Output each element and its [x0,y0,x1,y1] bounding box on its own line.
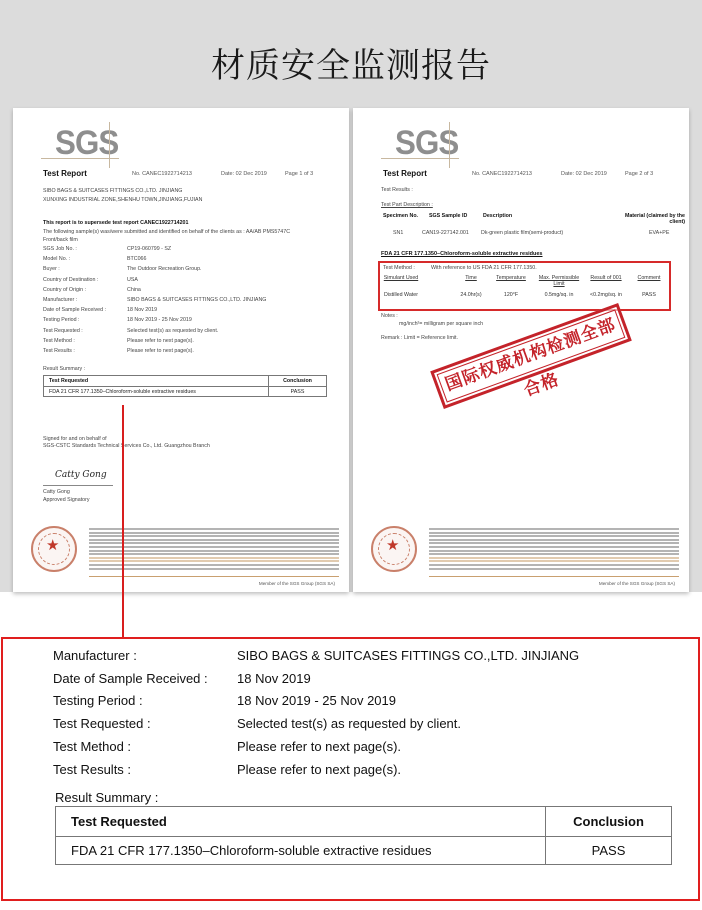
signed-line-1: Signed for and on behalf of [43,436,107,442]
results-header-cell: Time [456,275,486,281]
field-row: SGS Job No. :CP19-060799 - SZ [43,246,343,255]
page-title: 材质安全监测报告 [0,38,702,87]
report-page-1: SGS Test Report No. CANEC1922714213 Date… [13,108,349,592]
member-text: Member of the SGS Group (SGS SA) [259,581,335,586]
results-header-cell: Result of 001 [584,275,628,281]
field-row: Date of Sample Received :18 Nov 2019 [43,307,343,316]
results-value-cell: PASS [637,292,661,298]
results-header-cell: Simulant Used [371,275,431,281]
footer-legal-text [429,528,679,571]
result-summary-table: Test Requested Conclusion FDA 21 CFR 177… [43,375,327,397]
seal-icon: ★ [31,526,77,572]
field-row: Testing Period :18 Nov 2019 - 25 Nov 201… [53,693,673,715]
zoom-callout: Manufacturer :SIBO BAGS & SUITCASES FITT… [1,637,700,901]
results-value-cell: <0.2mg/sq. in [584,292,628,298]
footer-divider [89,576,339,577]
callout-connector-line [122,405,124,638]
sgs-logo: SGS [381,122,463,162]
client-name: SIBO BAGS & SUITCASES FITTINGS CO.,LTD. … [43,188,182,194]
field-row: Test Requested :Selected test(s) as requ… [53,716,673,738]
signatory-name: Catty Gong [43,489,70,495]
result-summary-label: Result Summary : [55,790,158,805]
signatory-title: Approved Signatory [43,497,90,503]
results-header-cell: Max. Permissible Limit [534,275,584,287]
field-row: Test Method :Please refer to next page(s… [43,338,343,347]
test-part-label: Test Part Description : [381,202,433,208]
field-row: Buyer :The Outdoor Recreation Group. [43,266,343,275]
results-value-cell: 24.0hr(s) [456,292,486,298]
field-row: Test Requested :Selected test(s) as requ… [43,328,343,337]
field-row: Model No. :BTC066 [43,256,343,265]
report-header: Test Report No. CANEC1922714213 Date: 02… [383,171,683,183]
notes-text: mg/inch²= milligram per square inch [399,321,483,327]
supersede-note: This report is to supersede test report … [43,220,188,226]
intro-line-1: The following sample(s) was/were submitt… [43,229,290,235]
field-row: Test Results :Please refer to next page(… [53,762,673,784]
test-method-value: With reference to US FDA 21 CFR 177.1350… [431,265,537,271]
client-address: XUNXING INDUSTRIAL ZONE,SHENHU TOWN,JINJ… [43,197,202,203]
certification-stamp: 国际权威机构检测全部合格 [430,303,632,409]
footer-legal-text [89,528,339,571]
footer-divider [429,576,679,577]
sgs-logo: SGS [41,122,123,162]
result-summary-label: Result Summary : [43,366,85,372]
notes-label: Notes : [381,313,398,319]
remark: Remark : Limit = Reference limit. [381,335,458,341]
fda-test-title: FDA 21 CFR 177.1350–Chloroform-soluble e… [381,251,543,257]
results-value-cell: 0.5mg/sq. in [534,292,584,298]
test-method-label: Test Method : [383,265,415,271]
result-summary-table: Test Requested Conclusion FDA 21 CFR 177… [55,806,672,865]
seal-icon: ★ [371,526,417,572]
signature-line [43,485,113,486]
signed-line-2: SGS-CSTC Standards Technical Services Co… [43,443,210,449]
report-header: Test Report No. CANEC1922714213 Date: 02… [43,171,343,183]
table-row: FDA 21 CFR 177.1350–Chloroform-soluble e… [44,386,326,396]
field-row: Testing Period :18 Nov 2019 - 25 Nov 201… [43,317,343,326]
intro-line-2: Front/back film [43,237,78,243]
field-row: Country of Origin :China [43,287,343,296]
signature: Catty Gong [55,470,107,480]
results-value-cell: 120°F [491,292,531,298]
results-value-cell: Distilled Water [371,292,431,298]
test-results-label: Test Results : [381,187,413,193]
field-row: Test Results :Please refer to next page(… [43,348,343,357]
field-row: Manufacturer :SIBO BAGS & SUITCASES FITT… [53,648,673,670]
field-row: Country of Destination :USA [43,277,343,286]
table-row: FDA 21 CFR 177.1350–Chloroform-soluble e… [56,836,671,864]
report-page-2: SGS Test Report No. CANEC1922714213 Date… [353,108,689,592]
field-row: Manufacturer :SIBO BAGS & SUITCASES FITT… [43,297,343,306]
results-header-cell: Temperature [491,275,531,281]
field-row: Test Method :Please refer to next page(s… [53,739,673,761]
member-text: Member of the SGS Group (SGS SA) [599,581,675,586]
field-row: Date of Sample Received :18 Nov 2019 [53,671,673,693]
results-header-cell: Comment [637,275,661,281]
